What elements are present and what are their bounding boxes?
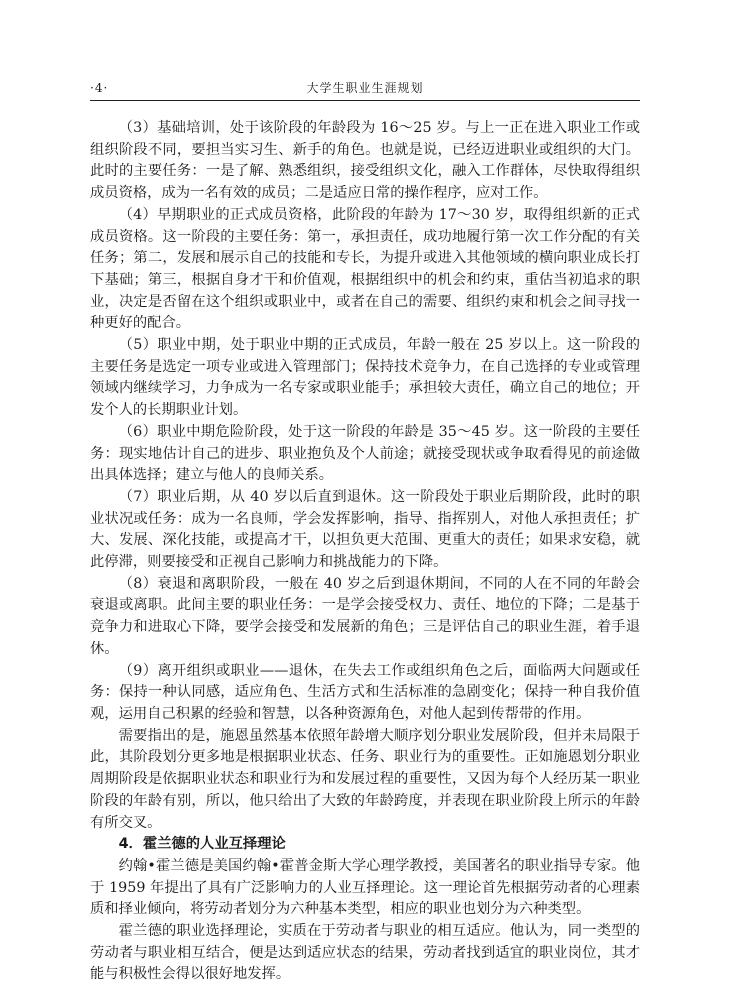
paragraph-stage-8: （8）衰退和离职阶段，一般在 40 岁之后到退休期间，不同的人在不同的年龄会衰退… <box>90 574 640 661</box>
paragraph-stage-7: （7）职业后期，从 40 岁以后直到退休。这一阶段处于职业后期阶段，此时的职业状… <box>90 487 640 574</box>
book-title: 大学生职业生涯规划 <box>90 78 640 98</box>
body-text: （3）基础培训，处于该阶段的年龄段为 16～25 岁。与上一正在进入职业工作或组… <box>90 118 640 986</box>
paragraph-holland-theory: 霍兰德的职业选择理论，实质在于劳动者与职业的相互适应。他认为，同一类型的劳动者与… <box>90 921 640 986</box>
paragraph-holland-intro: 约翰•霍兰德是美国约翰•霍普金斯大学心理学教授，美国著名的职业指导专家。他于 1… <box>90 856 640 921</box>
paragraph-stage-6: （6）职业中期危险阶段，处于这一阶段的年龄是 35～45 岁。这一阶段的主要任务… <box>90 422 640 487</box>
paragraph-summary: 需要指出的是，施恩虽然基本依照年龄增大顺序划分职业发展阶段，但并未局限于此，其阶… <box>90 726 640 835</box>
section-heading: 4．霍兰德的人业互择理论 <box>90 834 640 856</box>
paragraph-stage-5: （5）职业中期，处于职业中期的正式成员，年龄一般在 25 岁以上。这一阶段的主要… <box>90 335 640 422</box>
running-header: ·4· 大学生职业生涯规划 <box>90 78 640 101</box>
book-page: ·4· 大学生职业生涯规划 （3）基础培训，处于该阶段的年龄段为 16～25 岁… <box>90 78 640 986</box>
paragraph-stage-3: （3）基础培训，处于该阶段的年龄段为 16～25 岁。与上一正在进入职业工作或组… <box>90 118 640 205</box>
paragraph-stage-9: （9）离开组织或职业——退休，在失去工作或组织角色之后，面临两大问题或任务：保持… <box>90 661 640 726</box>
paragraph-stage-4: （4）早期职业的正式成员资格，此阶段的年龄为 17～30 岁，取得组织新的正式成… <box>90 205 640 335</box>
